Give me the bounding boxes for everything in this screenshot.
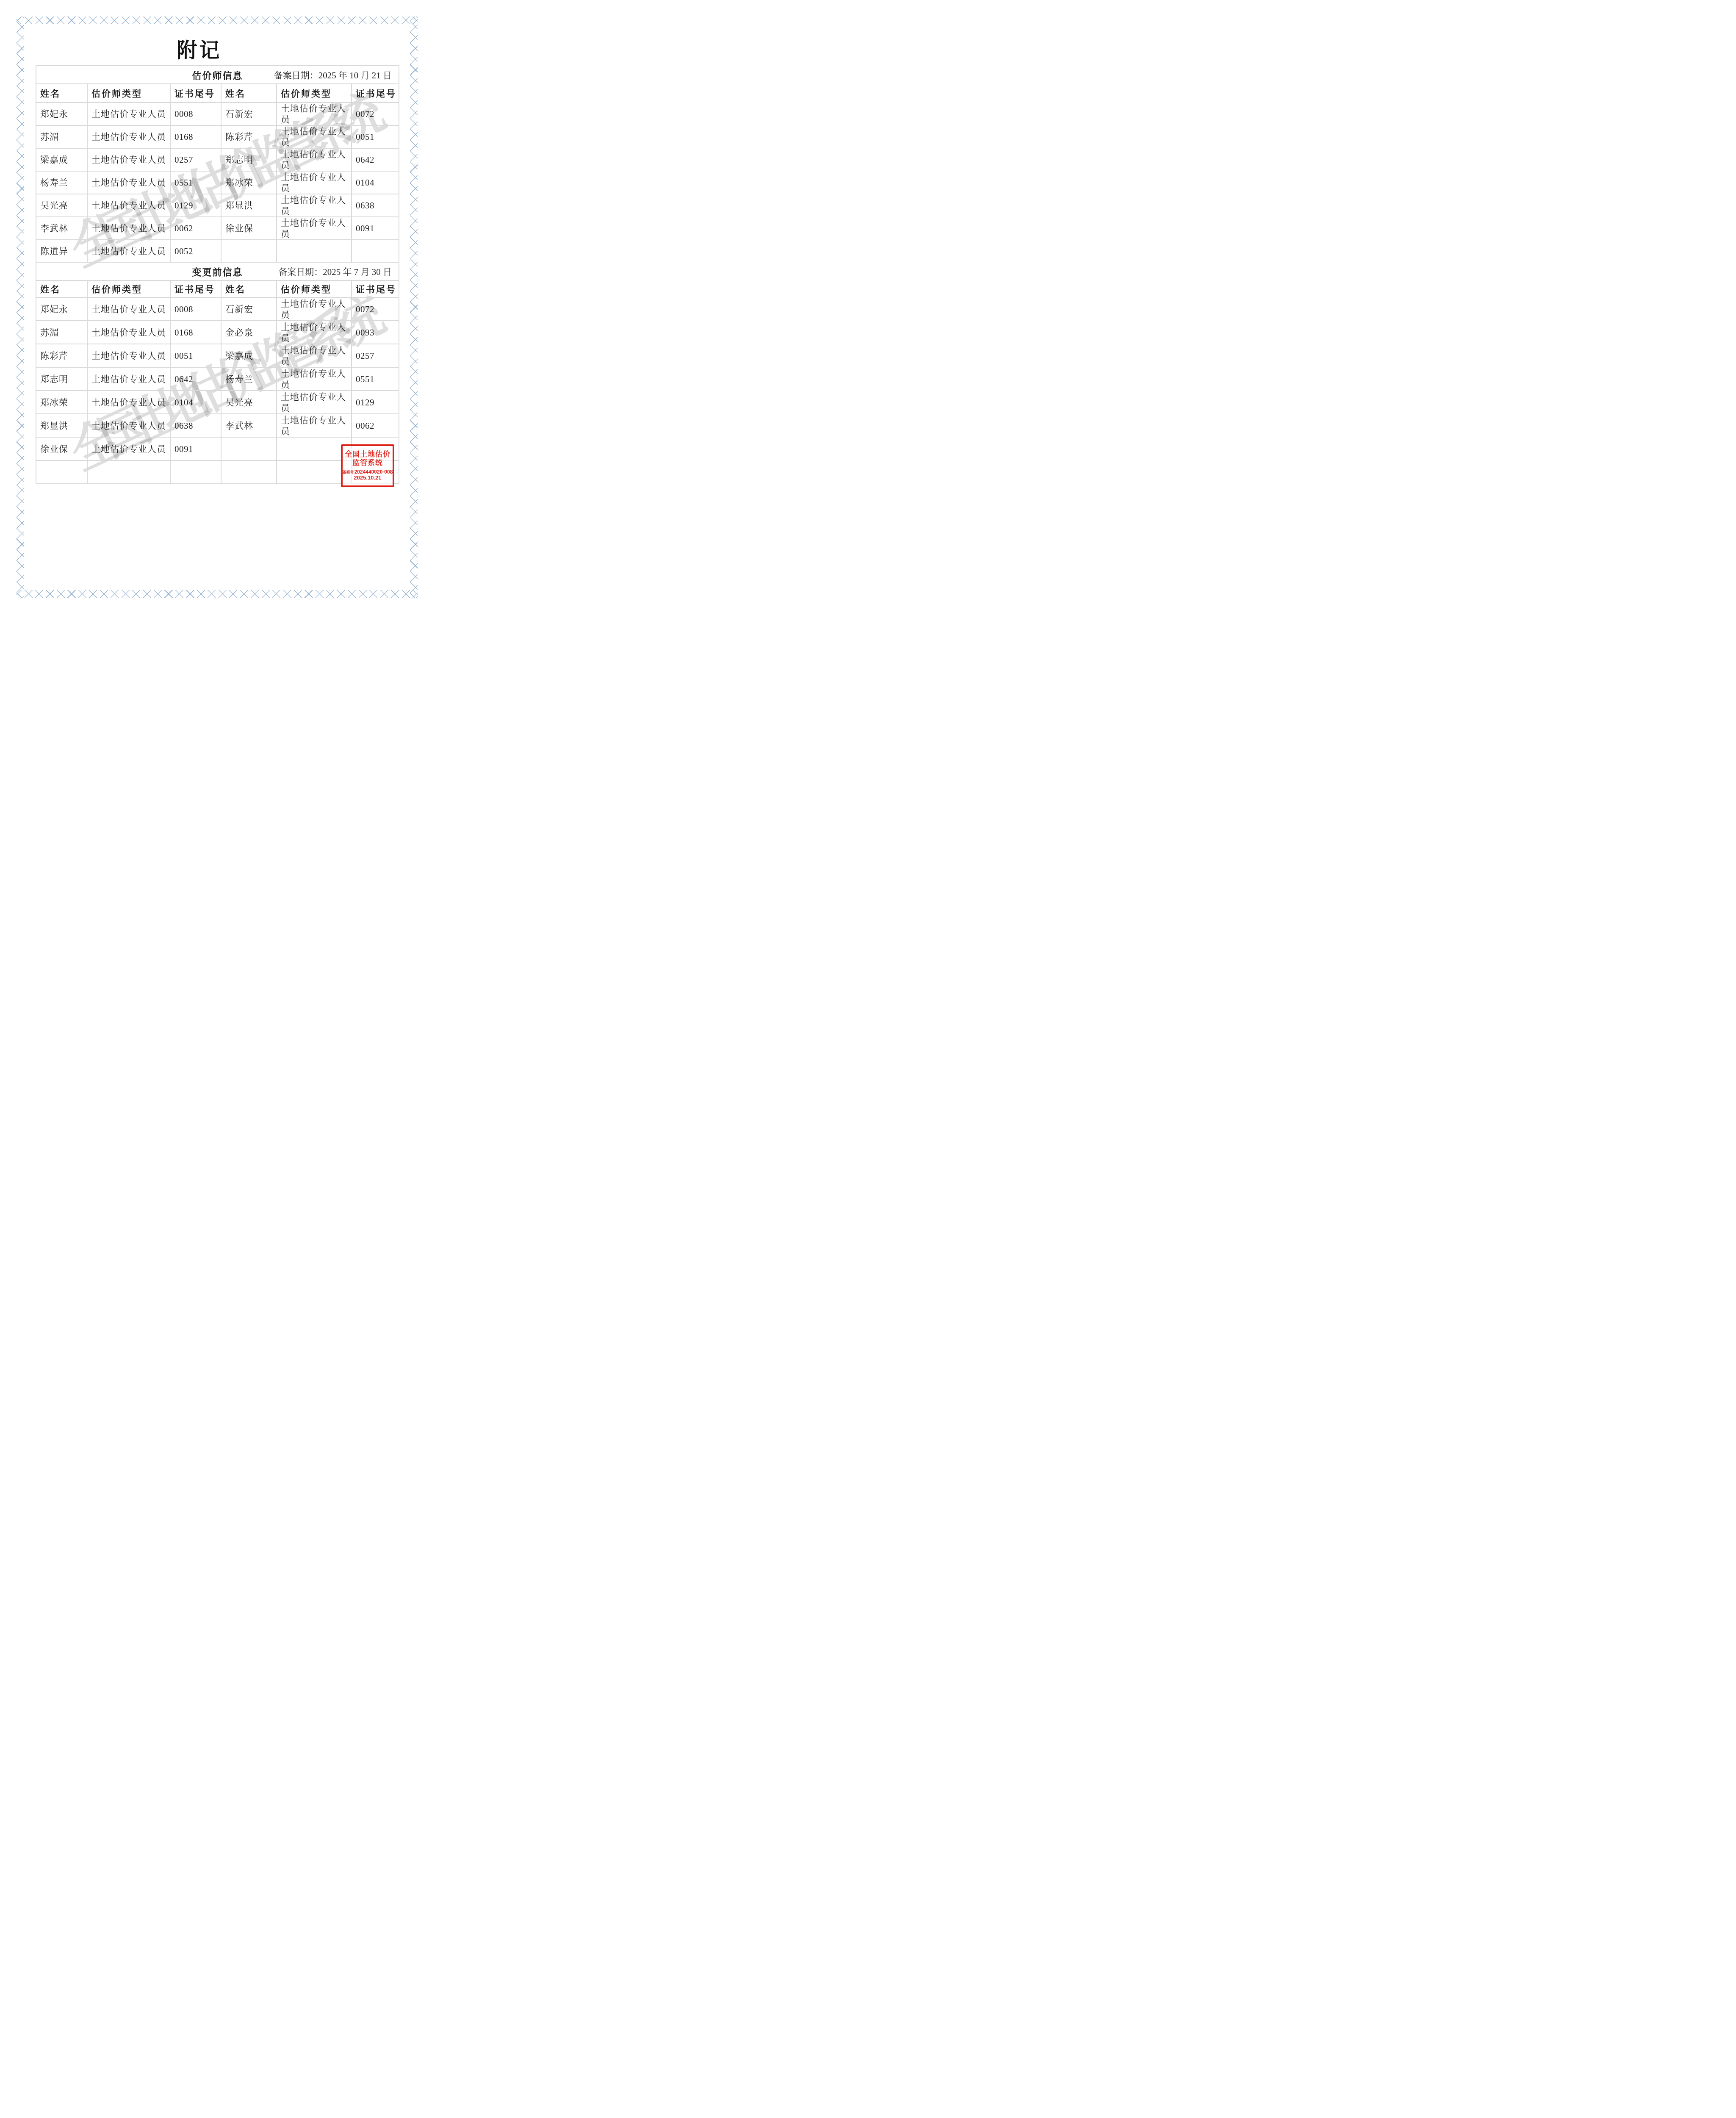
cert-tail-cell: 0642: [352, 148, 399, 171]
type-cell: 土地估价专业人员: [277, 391, 352, 414]
cert-tail-cell: 0168: [170, 321, 221, 344]
table-row: 梁嘉成土地估价专业人员0257郑志明土地估价专业人员0642: [36, 148, 399, 171]
type-cell: 土地估价专业人员: [87, 217, 170, 240]
section-band: 变更前信息 备案日期：2025 年 7 月 30 日: [36, 262, 399, 280]
stamp-line1: 全国土地估价: [345, 450, 390, 458]
cert-tail-cell: [170, 460, 221, 484]
cert-tail-cell: 0093: [352, 321, 399, 344]
table-row: 苏湄土地估价专业人员0168陈彩芹土地估价专业人员0051: [36, 125, 399, 148]
column-header: 姓名: [36, 280, 87, 297]
type-cell: 土地估价专业人员: [87, 391, 170, 414]
section-band: 估价师信息 备案日期：2025 年 10 月 21 日: [36, 66, 399, 84]
type-cell: 土地估价专业人员: [87, 240, 170, 262]
table-row: 杨寿兰土地估价专业人员0551郑冰荣土地估价专业人员0104: [36, 171, 399, 194]
name-cell: 苏湄: [36, 125, 87, 148]
type-cell: 土地估价专业人员: [277, 344, 352, 367]
type-cell: 土地估价专业人员: [277, 321, 352, 344]
cert-tail-cell: 0091: [170, 437, 221, 460]
type-cell: 土地估价专业人员: [277, 125, 352, 148]
cert-tail-cell: 0091: [352, 217, 399, 240]
type-cell: 土地估价专业人员: [87, 344, 170, 367]
cert-tail-cell: 0638: [170, 414, 221, 437]
type-cell: [277, 460, 352, 484]
table-row: 陈彩芹土地估价专业人员0051梁嘉成土地估价专业人员0257: [36, 344, 399, 367]
type-cell: 土地估价专业人员: [277, 217, 352, 240]
table-row: 郑妃永土地估价专业人员0008石新宏土地估价专业人员0072: [36, 103, 399, 125]
cert-tail-cell: 0104: [170, 391, 221, 414]
name-cell: 陈彩芹: [36, 344, 87, 367]
page-title: 附记: [0, 34, 399, 63]
cert-tail-cell: 0104: [352, 171, 399, 194]
type-cell: 土地估价专业人员: [87, 297, 170, 321]
cert-tail-cell: 0551: [352, 367, 399, 391]
type-cell: [277, 240, 352, 262]
cert-tail-cell: 0642: [170, 367, 221, 391]
stamp-filing-no-line: 备案号2024440020-008: [343, 469, 393, 475]
column-header: 证书尾号: [352, 84, 399, 103]
registry-stamp: 全国土地估价 监管系统 备案号2024440020-008 2025.10.21: [341, 444, 394, 487]
type-cell: [87, 460, 170, 484]
name-cell: 吴光亮: [221, 391, 277, 414]
name-cell: 梁嘉成: [221, 344, 277, 367]
cert-tail-cell: 0062: [352, 414, 399, 437]
cert-tail-cell: 0008: [170, 103, 221, 125]
name-cell: 陈彩芹: [221, 125, 277, 148]
name-cell: 郑冰荣: [36, 391, 87, 414]
table-row: 李武林土地估价专业人员0062徐业保土地估价专业人员0091: [36, 217, 399, 240]
border-lattice-top: [17, 17, 418, 24]
type-cell: 土地估价专业人员: [277, 194, 352, 217]
stamp-filing-label: 备案号: [343, 470, 354, 474]
name-cell: [221, 437, 277, 460]
column-header: 估价师类型: [87, 280, 170, 297]
name-cell: 郑妃永: [36, 297, 87, 321]
cert-tail-cell: 0638: [352, 194, 399, 217]
name-cell: [36, 460, 87, 484]
stamp-filing-number: 2024440020-008: [354, 469, 393, 475]
name-cell: 郑冰荣: [221, 171, 277, 194]
name-cell: [221, 240, 277, 262]
column-header: 估价师类型: [277, 280, 352, 297]
table-row: 郑志明土地估价专业人员0642杨寿兰土地估价专业人员0551: [36, 367, 399, 391]
cert-tail-cell: 0062: [170, 217, 221, 240]
cert-tail-cell: 0051: [352, 125, 399, 148]
name-cell: 徐业保: [221, 217, 277, 240]
document-page: 全国土地估价监管系统 全国土地估价监管系统 附记 估价师信息 备案日期：2025…: [0, 0, 434, 614]
type-cell: 土地估价专业人员: [87, 414, 170, 437]
name-cell: 陈道异: [36, 240, 87, 262]
cert-tail-cell: 0129: [352, 391, 399, 414]
stamp-line2: 监管系统: [352, 459, 383, 467]
cert-tail-cell: [352, 240, 399, 262]
name-cell: 杨寿兰: [36, 171, 87, 194]
column-header: 姓名: [36, 84, 87, 103]
type-cell: 土地估价专业人员: [87, 367, 170, 391]
border-lattice-left: [17, 17, 24, 598]
table-row: 郑妃永土地估价专业人员0008石新宏土地估价专业人员0072: [36, 297, 399, 321]
name-cell: 石新宏: [221, 297, 277, 321]
type-cell: 土地估价专业人员: [277, 171, 352, 194]
type-cell: [277, 437, 352, 460]
name-cell: 郑志明: [36, 367, 87, 391]
name-cell: 吴光亮: [36, 194, 87, 217]
type-cell: 土地估价专业人员: [87, 321, 170, 344]
column-header-row: 姓名估价师类型证书尾号姓名估价师类型证书尾号: [36, 84, 399, 103]
filing-date: 备案日期：2025 年 10 月 21 日: [274, 69, 392, 81]
table-row: 郑冰荣土地估价专业人员0104吴光亮土地估价专业人员0129: [36, 391, 399, 414]
type-cell: 土地估价专业人员: [87, 171, 170, 194]
type-cell: 土地估价专业人员: [277, 297, 352, 321]
type-cell: 土地估价专业人员: [277, 367, 352, 391]
cert-tail-cell: 0008: [170, 297, 221, 321]
type-cell: 土地估价专业人员: [87, 437, 170, 460]
column-header-row: 姓名估价师类型证书尾号姓名估价师类型证书尾号: [36, 280, 399, 297]
type-cell: 土地估价专业人员: [87, 125, 170, 148]
cert-tail-cell: 0257: [170, 148, 221, 171]
table-section-current: 估价师信息 备案日期：2025 年 10 月 21 日 姓名估价师类型证书尾号姓…: [36, 66, 399, 262]
column-header: 证书尾号: [170, 84, 221, 103]
border-lattice-right: [410, 17, 418, 598]
name-cell: 金必泉: [221, 321, 277, 344]
table-row: 郑显洪土地估价专业人员0638李武林土地估价专业人员0062: [36, 414, 399, 437]
name-cell: 李武林: [36, 217, 87, 240]
cert-tail-cell: 0551: [170, 171, 221, 194]
cert-tail-cell: 0052: [170, 240, 221, 262]
cert-tail-cell: 0129: [170, 194, 221, 217]
name-cell: 郑显洪: [36, 414, 87, 437]
filing-date: 备案日期：2025 年 7 月 30 日: [278, 265, 392, 278]
column-header: 证书尾号: [352, 280, 399, 297]
name-cell: 苏湄: [36, 321, 87, 344]
name-cell: 郑志明: [221, 148, 277, 171]
cert-tail-cell: 0051: [170, 344, 221, 367]
type-cell: 土地估价专业人员: [87, 103, 170, 125]
cert-tail-cell: 0072: [352, 297, 399, 321]
appraiser-table: 估价师信息 备案日期：2025 年 10 月 21 日 姓名估价师类型证书尾号姓…: [36, 65, 399, 484]
type-cell: 土地估价专业人员: [277, 414, 352, 437]
type-cell: 土地估价专业人员: [277, 103, 352, 125]
name-cell: 李武林: [221, 414, 277, 437]
column-header: 证书尾号: [170, 280, 221, 297]
border-lattice-bottom: [17, 590, 418, 598]
name-cell: 梁嘉成: [36, 148, 87, 171]
name-cell: 郑妃永: [36, 103, 87, 125]
cert-tail-cell: 0257: [352, 344, 399, 367]
name-cell: 徐业保: [36, 437, 87, 460]
cert-tail-cell: 0168: [170, 125, 221, 148]
type-cell: 土地估价专业人员: [87, 148, 170, 171]
type-cell: 土地估价专业人员: [87, 194, 170, 217]
table-row: 陈道异土地估价专业人员0052: [36, 240, 399, 262]
name-cell: [221, 460, 277, 484]
column-header: 估价师类型: [277, 84, 352, 103]
column-header: 估价师类型: [87, 84, 170, 103]
name-cell: 杨寿兰: [221, 367, 277, 391]
name-cell: 郑显洪: [221, 194, 277, 217]
table-row: 苏湄土地估价专业人员0168金必泉土地估价专业人员0093: [36, 321, 399, 344]
type-cell: 土地估价专业人员: [277, 148, 352, 171]
column-header: 姓名: [221, 84, 277, 103]
name-cell: 石新宏: [221, 103, 277, 125]
column-header: 姓名: [221, 280, 277, 297]
stamp-date: 2025.10.21: [354, 475, 381, 481]
table-row: 吴光亮土地估价专业人员0129郑显洪土地估价专业人员0638: [36, 194, 399, 217]
cert-tail-cell: 0072: [352, 103, 399, 125]
